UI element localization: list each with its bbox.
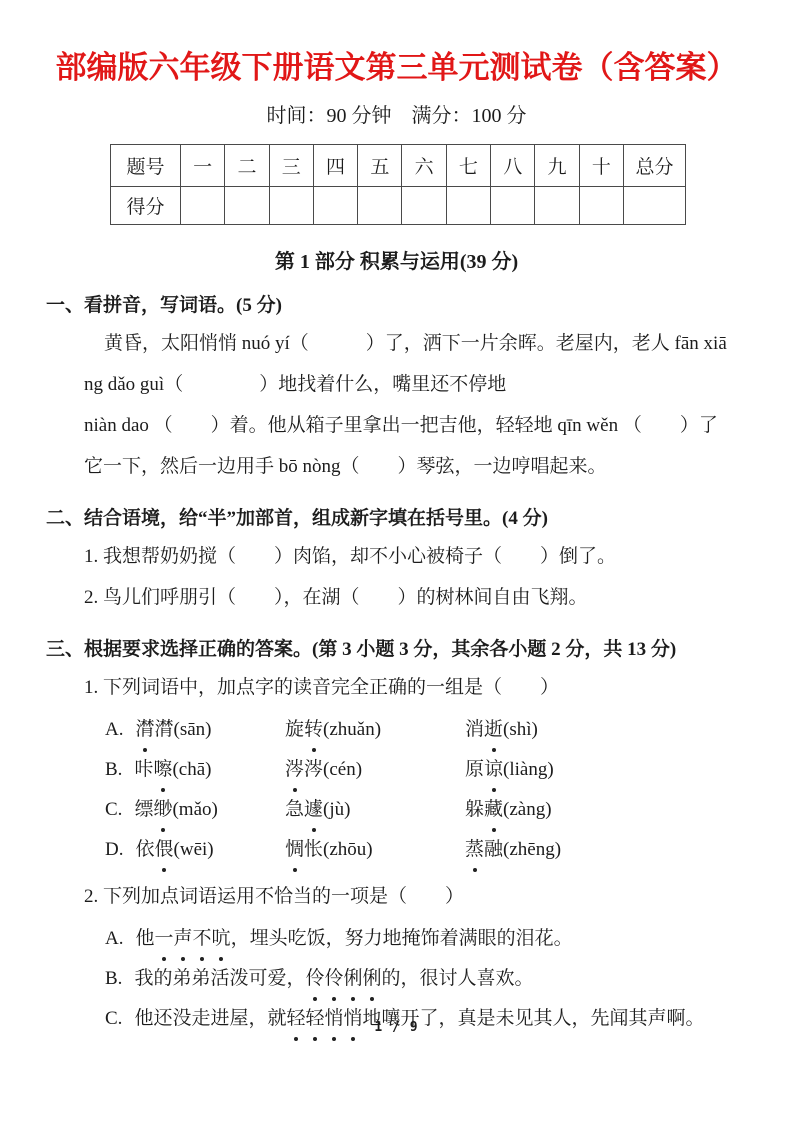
option-label: C. [105, 799, 122, 820]
score-table-header-cell: 八 [491, 145, 535, 187]
option-row-c: C.缥缈(mǎo) 急遽(jù) 躲藏(zàng) [105, 790, 793, 830]
score-cell [491, 187, 535, 225]
word-with-pinyin: 急遽(jù) [285, 790, 465, 830]
pronunciation-options: A.潸潸(sān) 旋转(zhuǎn) 消逝(shì) B.咔嚓(chā) 涔涔… [105, 710, 793, 870]
score-table-header-cell: 三 [269, 145, 313, 187]
score-table-header-cell: 九 [535, 145, 579, 187]
question-1-title: 一、看拼音，写词语。(5 分) [46, 290, 793, 317]
word-with-pinyin: 蒸融(zhēng) [465, 830, 793, 870]
score-table-header-cell: 六 [402, 145, 446, 187]
option-row-d: D.依偎(wēi) 惆怅(zhōu) 蒸融(zhēng) [105, 830, 793, 870]
score-table-score-row: 得分 [111, 187, 686, 225]
question-2-title: 二、结合语境，给“半”加部首，组成新字填在括号里。(4 分) [46, 503, 793, 530]
score-table-header-cell: 四 [313, 145, 357, 187]
option-row-b: B.咔嚓(chā) 涔涔(cén) 原谅(liàng) [105, 750, 793, 790]
passage-line: ng dǎo guì（ ）地找着什么，嘴里还不停地 [84, 364, 793, 405]
question-3-sub1-title: 1. 下列词语中，加点字的读音完全正确的一组是（ ） [84, 667, 793, 708]
question-3-title: 三、根据要求选择正确的答案。(第 3 小题 3 分，其余各小题 2 分，共 13… [46, 634, 793, 661]
score-table-header-cell: 一 [181, 145, 225, 187]
option-label: B. [105, 968, 122, 989]
passage-line: niàn dao （ ）着。他从箱子里拿出一把吉他，轻轻地 qīn wěn （ … [84, 405, 793, 446]
question-2-item: 1. 我想帮奶奶搅（ ）肉馅，却不小心被椅子（ ）倒了。 [84, 536, 793, 577]
word-with-pinyin: 旋转(zhuǎn) [285, 710, 465, 750]
score-cell [446, 187, 490, 225]
score-table-header-cell: 二 [225, 145, 269, 187]
passage-line: 黄昏，太阳悄悄 nuó yí（ ）了，洒下一片余晖。老屋内，老人 fān xiā [84, 323, 793, 364]
score-cell [269, 187, 313, 225]
pinyin-passage: 黄昏，太阳悄悄 nuó yí（ ）了，洒下一片余晖。老屋内，老人 fān xiā… [84, 323, 793, 487]
word-with-pinyin: 依偎(wēi) [135, 839, 213, 860]
option-cell: C.缥缈(mǎo) [105, 790, 285, 830]
score-table-header-row: 题号 一 二 三 四 五 六 七 八 九 十 总分 [111, 145, 686, 187]
score-cell [313, 187, 357, 225]
part1-heading: 第 1 部分 积累与运用(39 分) [0, 245, 793, 274]
score-cell [579, 187, 623, 225]
score-table-header-cell: 总分 [624, 145, 686, 187]
score-table-header-cell: 题号 [111, 145, 181, 187]
score-cell [624, 187, 686, 225]
sentence-text: 我的弟弟活泼可爱，伶伶俐俐的，很讨人喜欢。 [134, 968, 533, 989]
option-label: D. [105, 839, 123, 860]
word-with-pinyin: 消逝(shì) [465, 710, 793, 750]
sentence-option-b: B.我的弟弟活泼可爱，伶伶俐俐的，很讨人喜欢。 [105, 959, 793, 999]
word-with-pinyin: 涔涔(cén) [285, 750, 465, 790]
question-3-sub2-title: 2. 下列加点词语运用不恰当的一项是（ ） [84, 876, 793, 917]
test-paper-page: 部编版六年级下册语文第三单元测试卷（含答案） 时间：90 分钟 满分：100 分… [0, 0, 793, 1122]
word-with-pinyin: 惆怅(zhōu) [285, 830, 465, 870]
sentence-option-a: A.他一声不吭，埋头吃饭，努力地掩饰着满眼的泪花。 [105, 919, 793, 959]
page-title: 部编版六年级下册语文第三单元测试卷（含答案） [0, 42, 793, 87]
word-with-pinyin: 缥缈(mǎo) [134, 799, 217, 820]
option-cell: D.依偎(wēi) [105, 830, 285, 870]
passage-line: 它一下，然后一边用手 bō nòng（ ）琴弦，一边哼唱起来。 [84, 446, 793, 487]
question-2-item: 2. 鸟儿们呼朋引（ ），在湖（ ）的树林间自由飞翔。 [84, 577, 793, 618]
option-cell: B.咔嚓(chā) [105, 750, 285, 790]
option-cell: A.潸潸(sān) [105, 710, 285, 750]
option-row-a: A.潸潸(sān) 旋转(zhuǎn) 消逝(shì) [105, 710, 793, 750]
score-cell [181, 187, 225, 225]
score-row-label: 得分 [111, 187, 181, 225]
option-label: A. [105, 928, 123, 949]
sentence-text: 他一声不吭，埋头吃饭，努力地掩饰着满眼的泪花。 [135, 928, 572, 949]
score-cell [535, 187, 579, 225]
score-cell [358, 187, 402, 225]
score-table-header-cell: 五 [358, 145, 402, 187]
word-with-pinyin: 原谅(liàng) [465, 750, 793, 790]
score-table-header-cell: 十 [579, 145, 623, 187]
exam-time-score-info: 时间：90 分钟 满分：100 分 [0, 99, 793, 128]
score-table: 题号 一 二 三 四 五 六 七 八 九 十 总分 得分 [110, 144, 686, 225]
word-with-pinyin: 潸潸(sān) [135, 719, 211, 740]
option-label: B. [105, 759, 122, 780]
word-with-pinyin: 咔嚓(chā) [134, 759, 211, 780]
score-table-header-cell: 七 [446, 145, 490, 187]
score-cell [402, 187, 446, 225]
page-number: 1 / 9 [0, 1020, 793, 1035]
word-with-pinyin: 躲藏(zàng) [465, 790, 793, 830]
option-label: A. [105, 719, 123, 740]
score-cell [225, 187, 269, 225]
